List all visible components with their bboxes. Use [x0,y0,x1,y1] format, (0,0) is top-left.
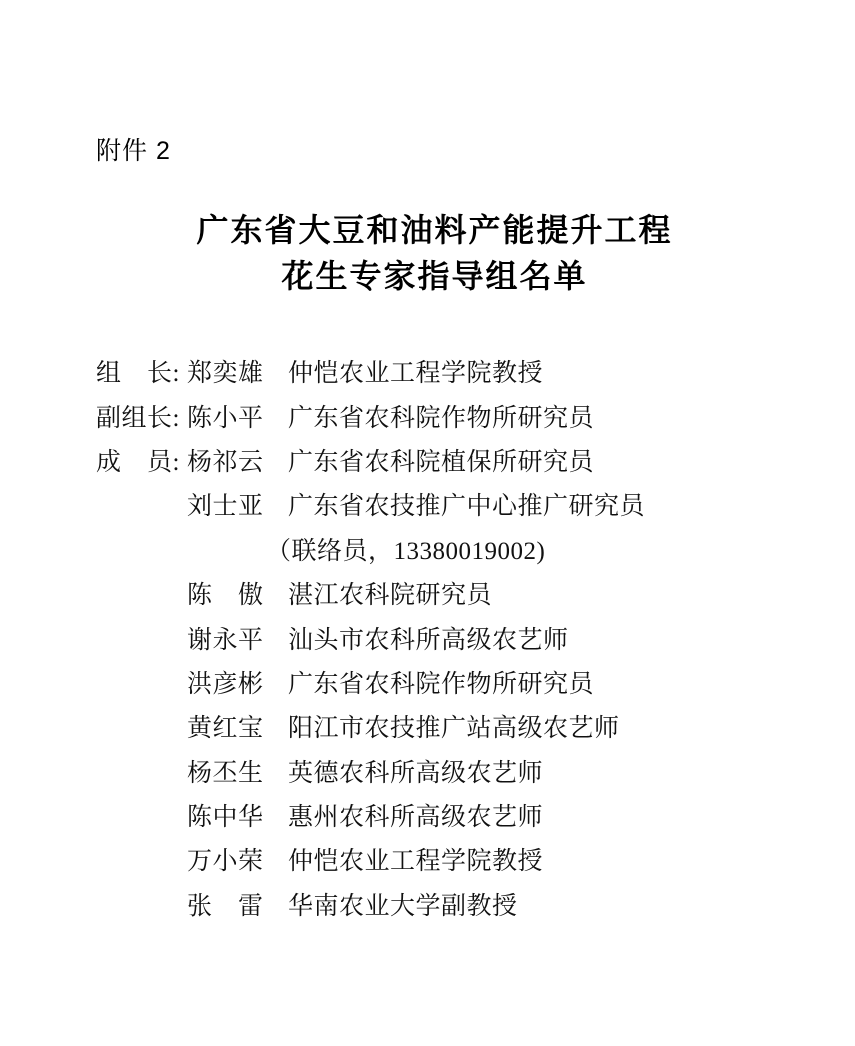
member-name: 郑奕雄 [187,353,288,389]
document-page: 附件 2 广东省大豆和油料产能提升工程 花生专家指导组名单 组 长: 郑奕雄 仲… [0,0,855,1046]
document-title: 广东省大豆和油料产能提升工程 花生专家指导组名单 [0,207,855,299]
roster-row: 张 雷 华南农业大学副教授 [96,882,855,926]
member-affiliation: 广东省农科院作物所研究员 [288,398,594,434]
member-affiliation: 广东省农技推广中心推广研究员 [288,486,645,522]
member-name: 陈小平 [187,398,288,434]
roster-row: 刘士亚 广东省农技推广中心推广研究员 [96,482,855,526]
member-affiliation: 湛江农科院研究员 [288,575,492,611]
member-name: 杨祁云 [187,442,288,478]
roster-row: 杨丕生 英德农科所高级农艺师 [96,749,855,793]
roster-row: 谢永平 汕头市农科所高级农艺师 [96,615,855,659]
member-name: 陈中华 [187,797,288,833]
roster-row: 洪彦彬 广东省农科院作物所研究员 [96,660,855,704]
member-name: 谢永平 [187,620,288,656]
member-name: 杨丕生 [187,753,288,789]
roster-row: 成 员: 杨祁云 广东省农科院植保所研究员 [96,438,855,482]
member-affiliation: （联络员，13380019002) [266,531,545,567]
member-name: 万小荣 [187,841,288,877]
roster-row: （联络员，13380019002) [96,527,855,571]
member-name: 刘士亚 [187,486,288,522]
attachment-label: 附件 2 [96,131,171,167]
member-name: 陈 傲 [187,575,288,611]
title-line-1: 广东省大豆和油料产能提升工程 [14,207,855,253]
member-affiliation: 惠州农科所高级农艺师 [288,797,543,833]
member-affiliation: 广东省农科院作物所研究员 [288,664,594,700]
member-affiliation: 英德农科所高级农艺师 [288,753,543,789]
member-affiliation: 仲恺农业工程学院教授 [288,841,543,877]
roster-row: 万小荣 仲恺农业工程学院教授 [96,837,855,881]
title-line-2: 花生专家指导组名单 [14,253,855,299]
roster-row: 组 长: 郑奕雄 仲恺农业工程学院教授 [96,349,855,393]
role-label: 组 长: [96,353,187,389]
member-affiliation: 阳江市农技推广站高级农艺师 [288,708,620,744]
role-label: 成 员: [96,442,187,478]
role-label: 副组长: [96,398,187,434]
roster-row: 陈中华 惠州农科所高级农艺师 [96,793,855,837]
member-affiliation: 广东省农科院植保所研究员 [288,442,594,478]
member-affiliation: 华南农业大学副教授 [288,886,518,922]
member-name: 张 雷 [187,886,288,922]
roster-list: 组 长: 郑奕雄 仲恺农业工程学院教授 副组长: 陈小平 广东省农科院作物所研究… [96,349,855,926]
member-affiliation: 汕头市农科所高级农艺师 [288,620,569,656]
member-name: 洪彦彬 [187,664,288,700]
member-affiliation: 仲恺农业工程学院教授 [288,353,543,389]
roster-row: 副组长: 陈小平 广东省农科院作物所研究员 [96,393,855,437]
roster-row: 陈 傲 湛江农科院研究员 [96,571,855,615]
roster-row: 黄红宝 阳江市农技推广站高级农艺师 [96,704,855,748]
member-name: 黄红宝 [187,708,288,744]
